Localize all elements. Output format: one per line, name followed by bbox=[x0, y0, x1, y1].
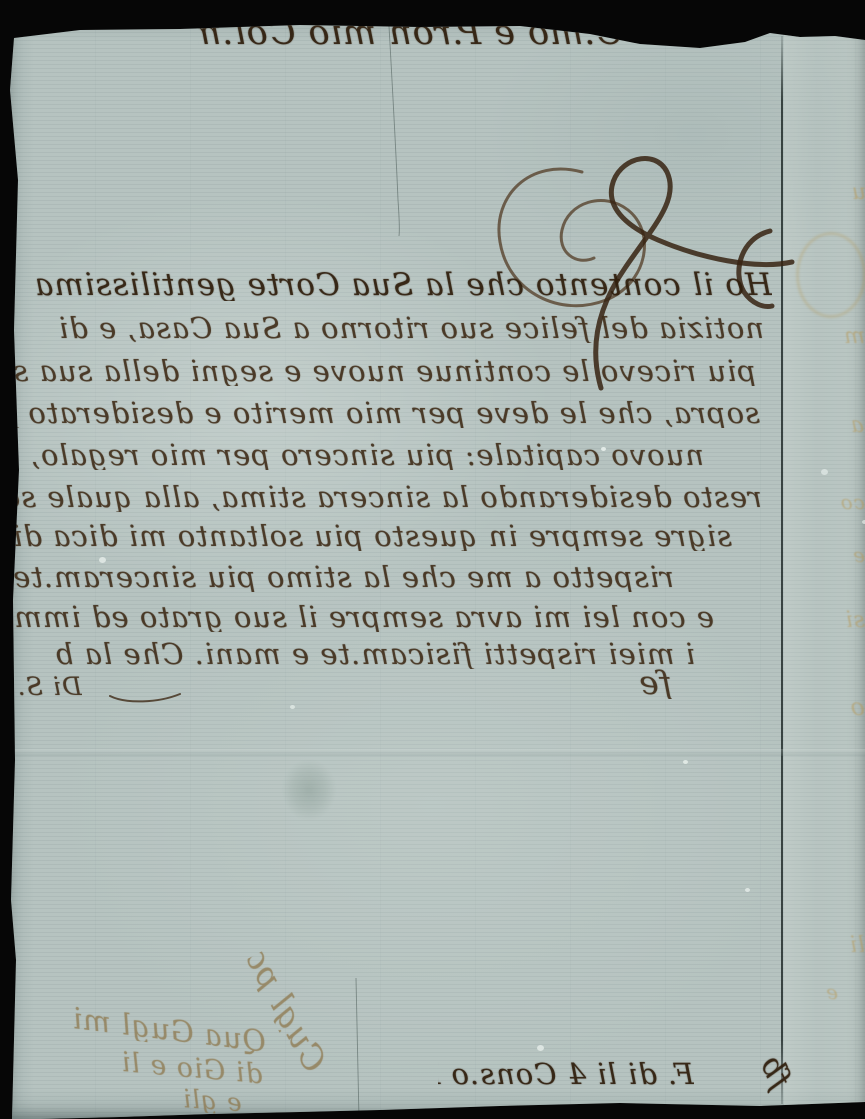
text-line: i miei rispetti fisicam.te e mani. Che l… bbox=[55, 640, 695, 669]
photo-background: C.mo e P.ron mio Col.mo Ho il contento c… bbox=[0, 0, 865, 1119]
ochre-offset-mark: u bbox=[846, 182, 865, 204]
heading-script: C.mo e P.ron mio Col.mo bbox=[198, 16, 622, 51]
text-line: sigre sempre in questo piu soltanto mi d… bbox=[14, 522, 732, 551]
text-line: nuovo capitale: piu sincero per mio rega… bbox=[14, 441, 704, 470]
bottom-docket-script: F. di li 4 Cons.o R. bbox=[438, 1060, 694, 1089]
text-line: Ho il contento che la Sua Corte gentilis… bbox=[14, 270, 772, 301]
ochre-offset-mark: o bbox=[844, 695, 865, 719]
text-line: sopra, che le deve per mio merito e desi… bbox=[14, 399, 760, 428]
horizontal-mid-crease bbox=[12, 749, 865, 756]
verso-note-rotated: Cugl po bbox=[242, 946, 332, 1076]
ochre-offset-mark: col bbox=[840, 492, 865, 512]
text-line: notizia del felice suo ritorno a Sua Cas… bbox=[14, 314, 764, 343]
ochre-offset-mark: e bbox=[818, 982, 838, 1002]
water-stain bbox=[282, 760, 336, 820]
signature-underline-swoosh bbox=[110, 694, 180, 701]
ochre-offset-mark: si bbox=[842, 610, 865, 632]
ochre-offset-mark: li bbox=[840, 935, 865, 957]
ink-flourish-overlay bbox=[0, 0, 865, 1119]
text-line: e con lei mi avra sempre il suo grato ed… bbox=[14, 603, 714, 632]
ochre-offset-mark: e bbox=[848, 545, 865, 565]
letter-sheet-verso: C.mo e P.ron mio Col.mo Ho il contento c… bbox=[0, 0, 865, 1119]
text-line: piu ricevo le continue nuove e segni del… bbox=[14, 357, 756, 386]
ochre-offset-ring bbox=[796, 232, 865, 318]
text-line: resto desiderando la sincera stima, alla… bbox=[14, 483, 762, 512]
vertical-fold-crease bbox=[781, 36, 783, 1104]
ochre-offset-mark: mi bbox=[843, 326, 865, 348]
closing-flourish-script: fe bbox=[610, 666, 672, 699]
ochre-offset-mark: a bbox=[844, 415, 864, 437]
closing-script: Di S. bbox=[18, 674, 82, 699]
text-line: rispetto a me che la stimo piu sinceram.… bbox=[14, 563, 674, 592]
